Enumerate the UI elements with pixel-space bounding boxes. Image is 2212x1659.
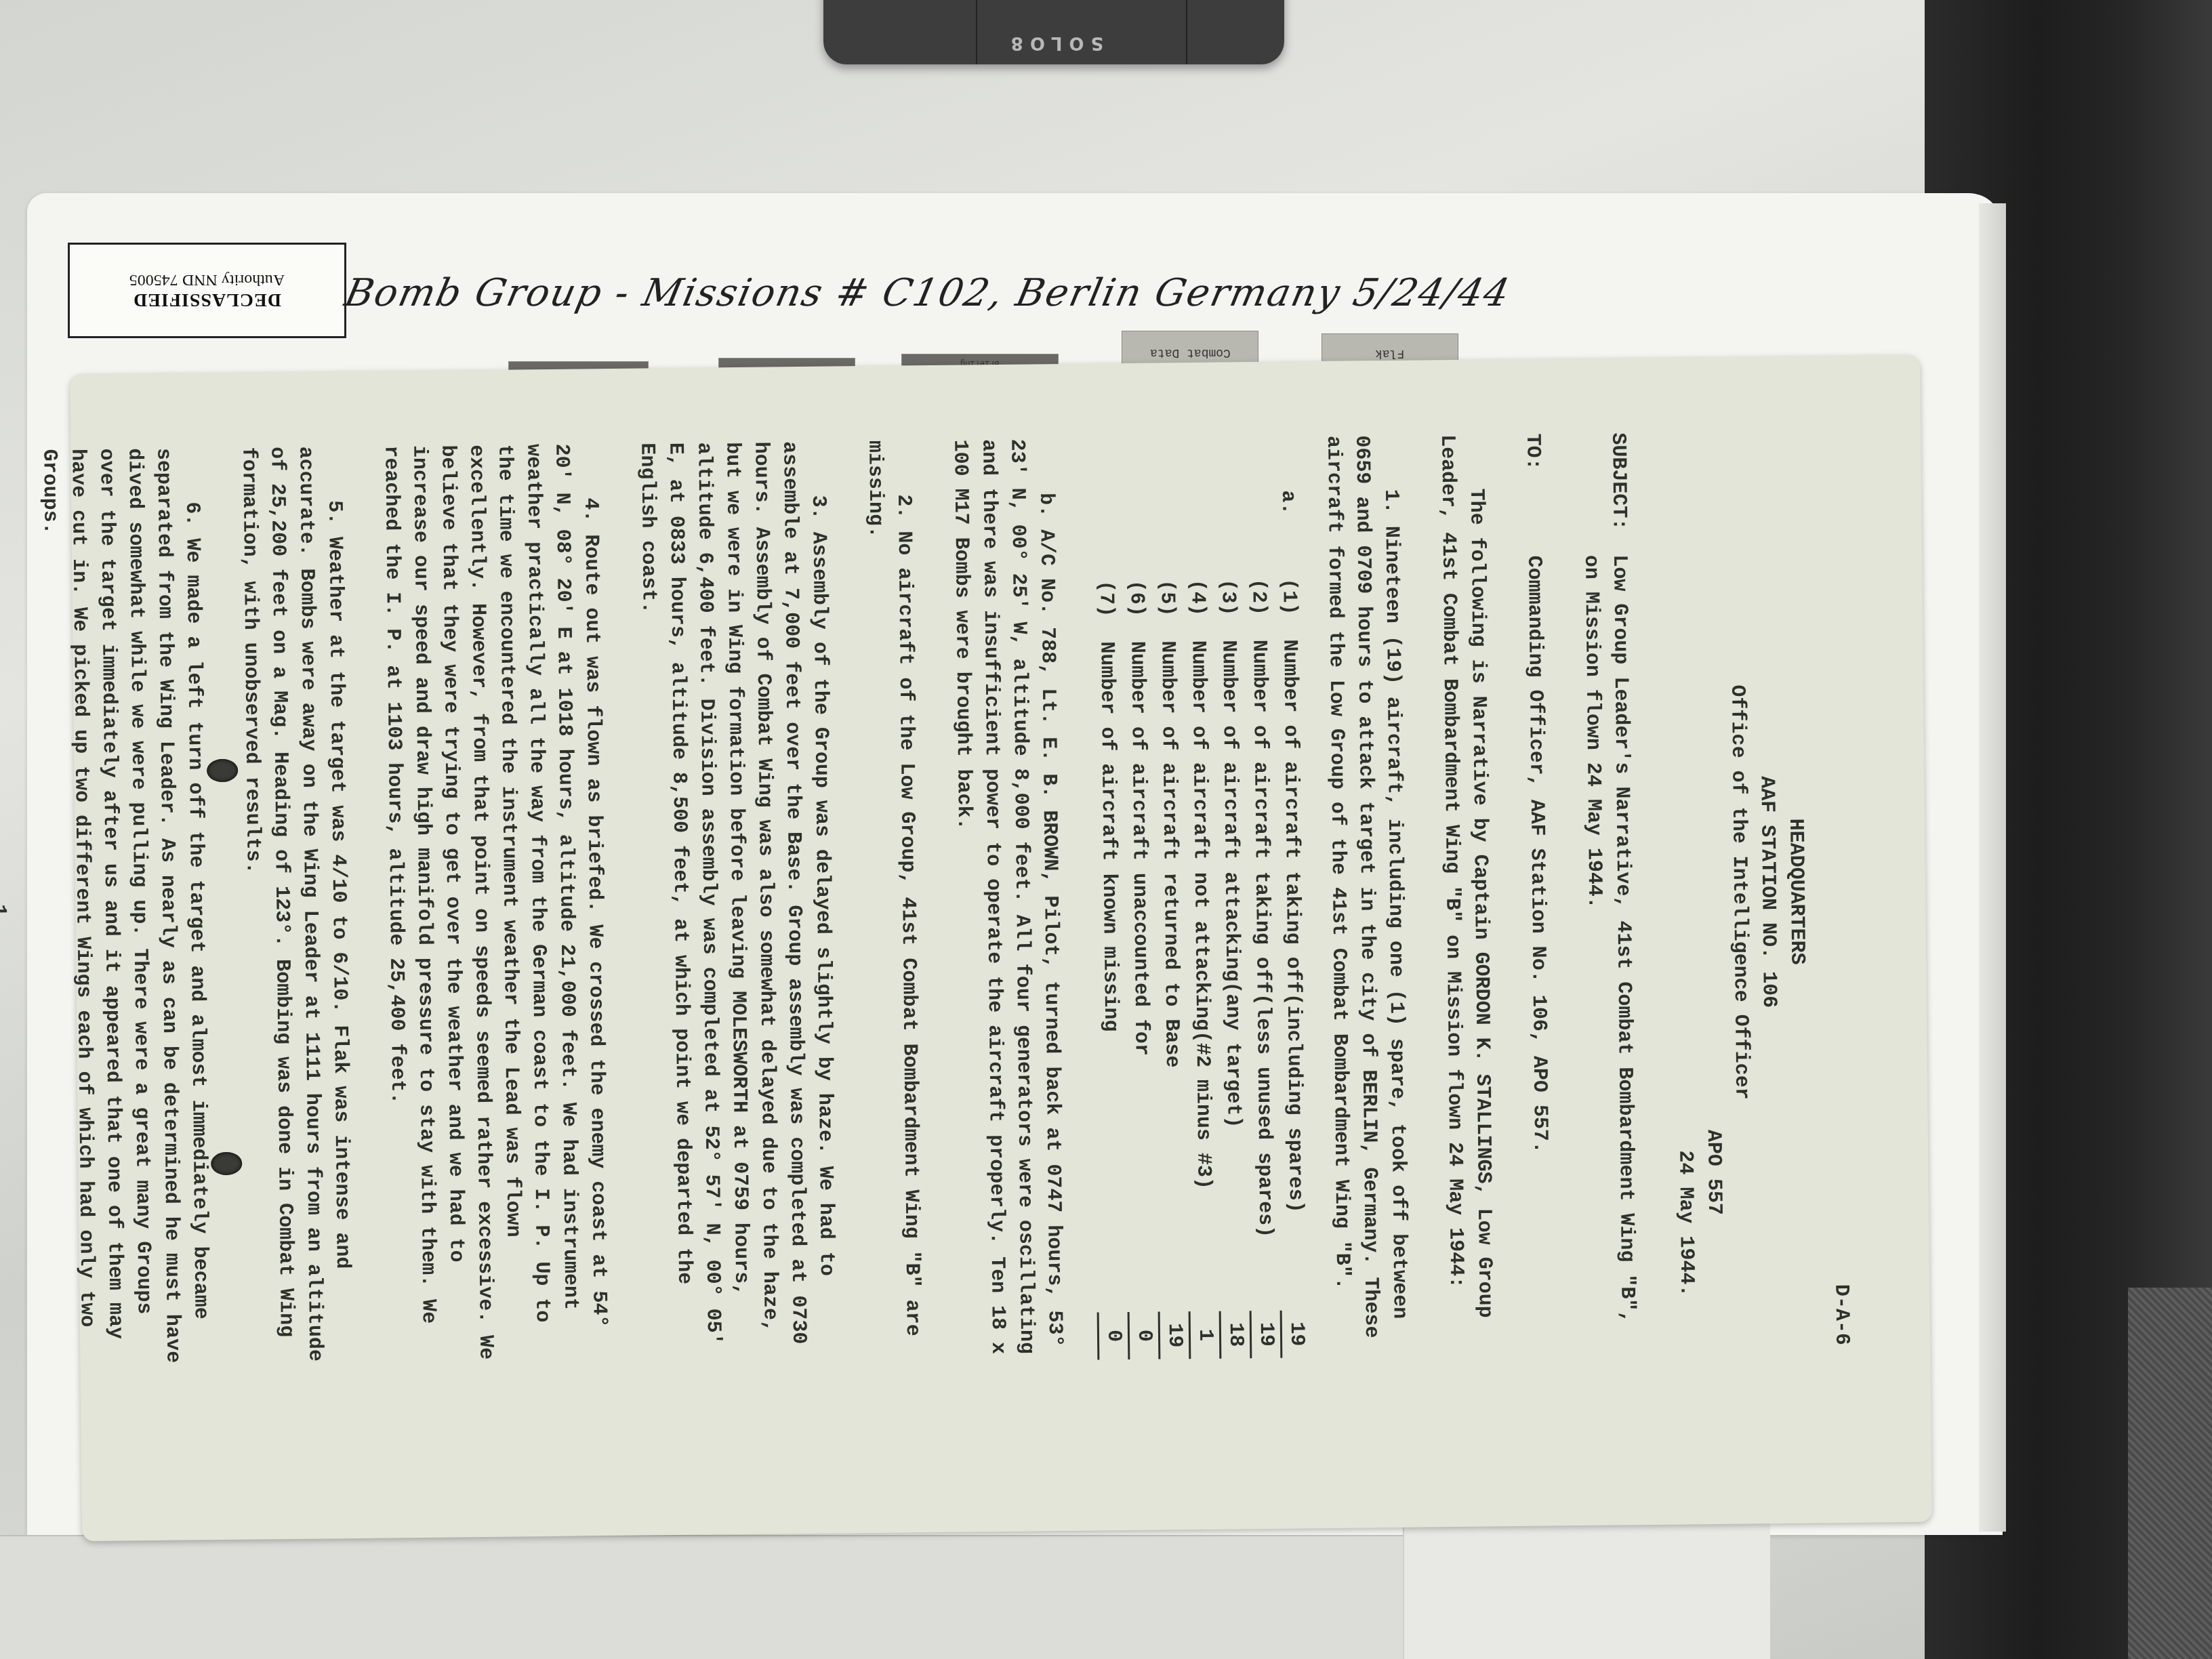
folder-edge	[1979, 203, 2006, 1532]
declassified-title: DECLASSIFIED	[133, 289, 281, 310]
page-number: 1	[0, 449, 17, 1371]
apo-number: APO 557	[1699, 1130, 1728, 1215]
declassified-authority: Authority NND 745005	[129, 270, 285, 289]
device-label: SOLO8	[823, 33, 1284, 53]
subject-label: SUBJECT:	[1575, 432, 1633, 555]
document-date: 24 May 1944.	[1671, 1150, 1700, 1296]
file-code: D-A-6	[1826, 1284, 1856, 1345]
paragraph-2: 2. No aircraft of the Low Group, 41st Co…	[860, 440, 926, 1362]
intro-paragraph: The following is Narrative by Captain GO…	[1433, 434, 1499, 1356]
underlying-sheet	[1403, 1515, 1770, 1659]
aircraft-summary-table: a. (1) Number of aircraft taking off(inc…	[1088, 436, 1311, 1359]
paragraph-6: 6. We made a left turn off the target an…	[35, 447, 215, 1371]
paragraph-1: 1. Nineteen (19) aircraft, including one…	[1319, 435, 1414, 1357]
paragraph-4: 4. Route out was flown as briefed. We cr…	[376, 443, 613, 1367]
paragraph-5: 5. Weather at the target was 4/10 to 6/1…	[234, 446, 357, 1369]
folder-handwritten-title: Bomb Group - Missions # C102, Berlin Ger…	[341, 271, 1514, 315]
to-text: Commanding Officer, AAF Station No. 106,…	[1519, 556, 1556, 1355]
document-content: D-A-6 HEADQUARTERS AAF STATION NO. 106 O…	[158, 355, 1931, 1431]
carpet	[2128, 1288, 2212, 1659]
document-page: D-A-6 HEADQUARTERS AAF STATION NO. 106 O…	[70, 355, 1932, 1541]
paragraph-3: 3. Assembly of the Group was delayed sli…	[632, 441, 841, 1365]
paragraph-b: b. A/C No. 788, Lt. E. B. BROWN, Pilot, …	[945, 438, 1069, 1361]
declassified-stamp: DECLASSIFIED Authority NND 745005	[68, 243, 346, 338]
table-label: a.	[1088, 436, 1303, 553]
scanner-device: SOLO8	[823, 0, 1284, 64]
to-label: TO:	[1518, 434, 1548, 556]
